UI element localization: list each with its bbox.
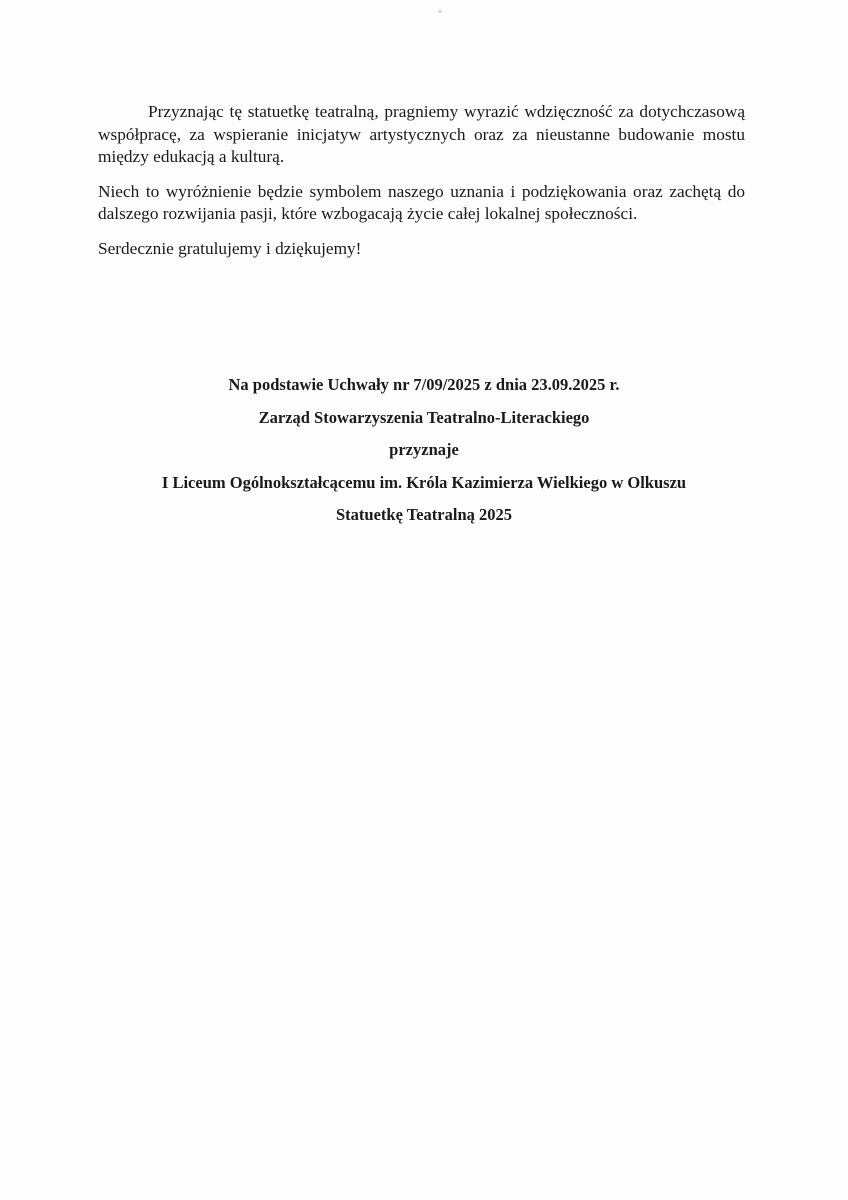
resolution-basis: Na podstawie Uchwały nr 7/09/2025 z dnia…: [0, 375, 848, 395]
document-page: Przyznając tę statuetkę teatralną, pragn…: [0, 0, 848, 1200]
resolution-recipient: I Liceum Ogólnokształcącemu im. Króla Ka…: [0, 473, 848, 493]
paragraph-gratitude: Przyznając tę statuetkę teatralną, pragn…: [98, 101, 745, 169]
resolution-award: Statuetkę Teatralną 2025: [0, 505, 848, 525]
resolution-board: Zarząd Stowarzyszenia Teatralno-Literack…: [0, 408, 848, 428]
resolution-block: Na podstawie Uchwały nr 7/09/2025 z dnia…: [0, 375, 848, 538]
body-text: Przyznając tę statuetkę teatralną, pragn…: [98, 101, 745, 272]
paragraph-recognition: Niech to wyróżnienie będzie symbolem nas…: [98, 181, 745, 226]
paragraph-congratulations: Serdecznie gratulujemy i dziękujemy!: [98, 238, 745, 261]
scan-speck: [438, 10, 442, 13]
resolution-verb: przyznaje: [0, 440, 848, 460]
